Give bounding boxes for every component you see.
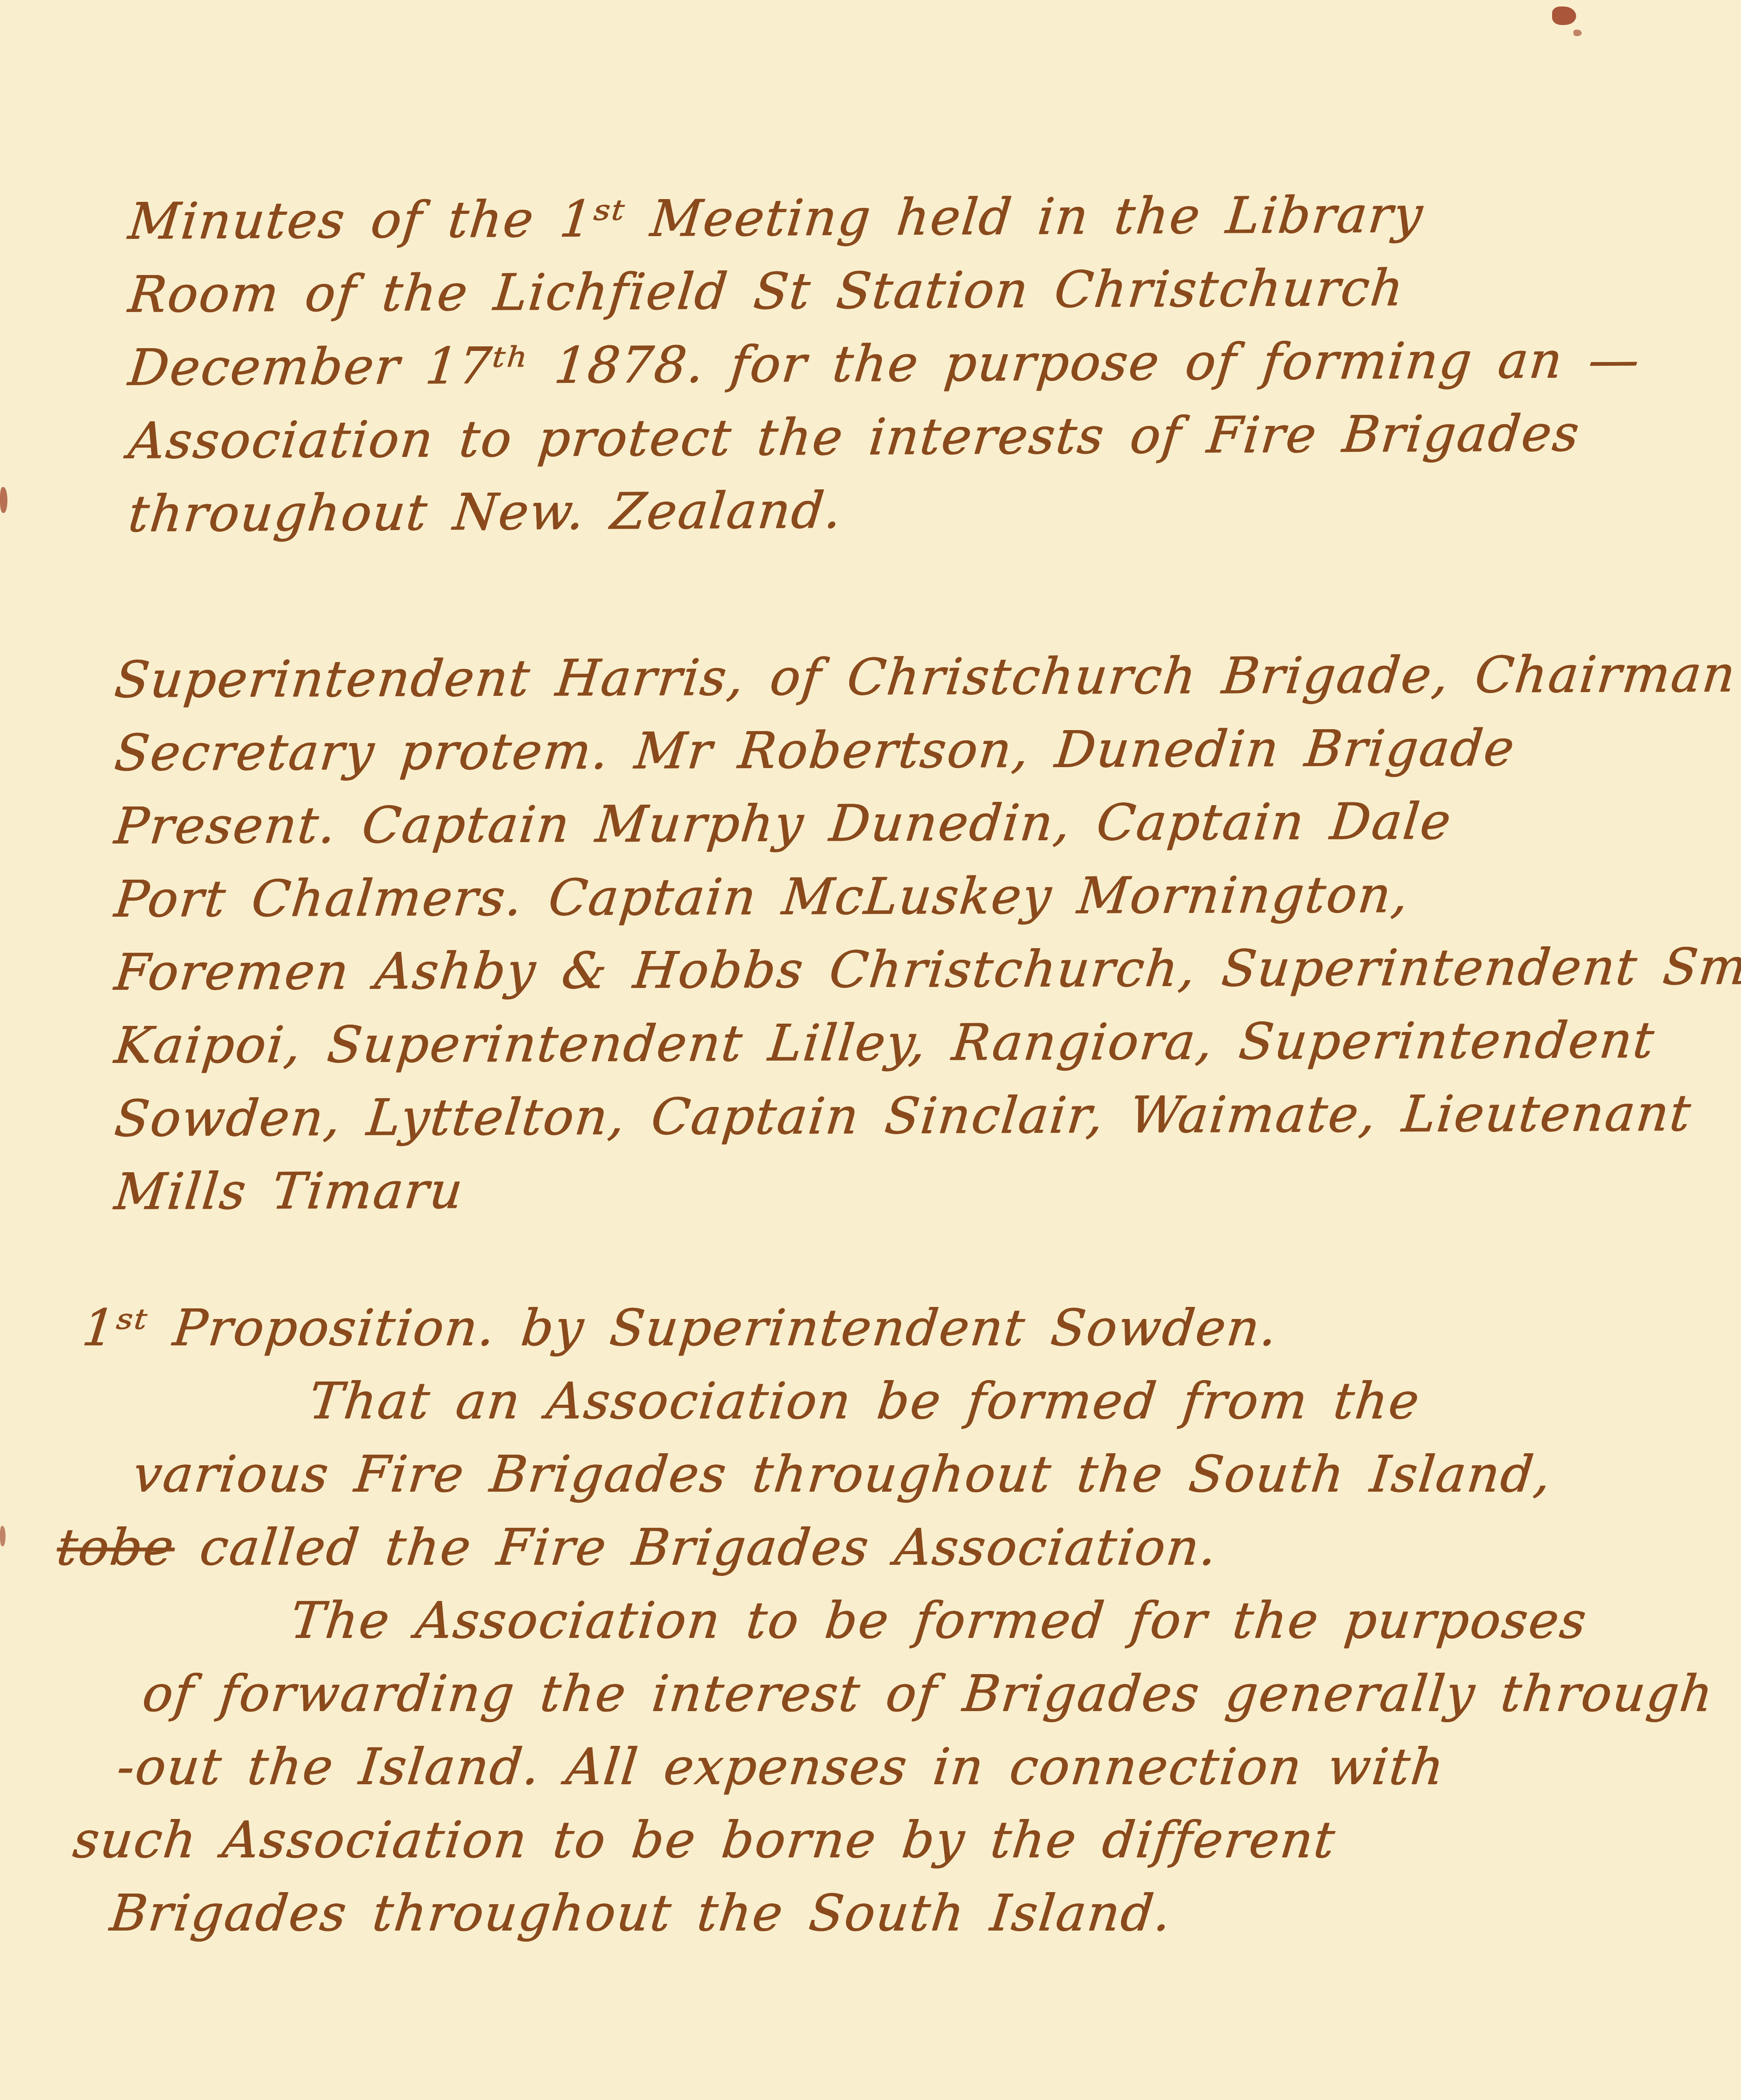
handwritten-line: Superintendent Harris, of Christchurch B… — [111, 638, 1741, 717]
proposition-paragraph: 1ˢᵗ Proposition. by Superintendent Sowde… — [0, 1292, 1741, 1950]
handwritten-line: Association to protect the interests of … — [125, 396, 1741, 478]
handwritten-line: Port Chalmers. Captain McLuskey Morningt… — [111, 857, 1741, 936]
handwritten-line: such Association to be borne by the diff… — [69, 1804, 1741, 1877]
handwritten-line: tobe called the Fire Brigades Associatio… — [53, 1511, 1741, 1584]
handwritten-line: throughout New. Zealand. — [125, 469, 1741, 551]
handwritten-line: The Association to be formed for the pur… — [287, 1584, 1741, 1657]
handwritten-line: various Fire Brigades throughout the Sou… — [130, 1438, 1741, 1511]
handwritten-line: That an Association be formed from the — [306, 1365, 1741, 1438]
handwritten-line: Kaipoi, Superintendent Lilley, Rangiora,… — [111, 1004, 1741, 1082]
handwritten-line: Secretary protem. Mr Robertson, Dunedin … — [111, 711, 1741, 790]
handwritten-line: Sowden, Lyttelton, Captain Sinclair, Wai… — [111, 1077, 1741, 1156]
handwritten-line: Foremen Ashby & Hobbs Christchurch, Supe… — [111, 931, 1741, 1009]
handwritten-line: of forwarding the interest of Brigades g… — [139, 1657, 1741, 1731]
opening-paragraph: Minutes of the 1ˢᵗ Meeting held in the L… — [0, 185, 1741, 551]
handwritten-line: Present. Captain Murphy Dunedin, Captain… — [111, 784, 1741, 863]
manuscript-page: Minutes of the 1ˢᵗ Meeting held in the L… — [0, 0, 1741, 2100]
handwritten-line: Brigades throughout the South Island. — [106, 1877, 1741, 1950]
handwritten-line: -out the Island. All expenses in connect… — [113, 1731, 1741, 1804]
handwritten-line: Mills Timaru — [111, 1150, 1741, 1229]
handwritten-line: Room of the Lichfield St Station Christc… — [125, 250, 1741, 331]
attendees-paragraph: Superintendent Harris, of Christchurch B… — [0, 644, 1741, 1229]
struck-out-word: tobe — [54, 1519, 178, 1576]
ink-speck — [1552, 6, 1576, 25]
handwritten-line: 1ˢᵗ Proposition. by Superintendent Sowde… — [79, 1292, 1741, 1365]
line-remainder: called the Fire Brigades Association. — [171, 1519, 1220, 1576]
handwritten-line: December 17ᵗʰ 1878. for the purpose of f… — [125, 323, 1741, 405]
handwritten-line: Minutes of the 1ˢᵗ Meeting held in the L… — [125, 177, 1741, 258]
ink-speck — [1573, 30, 1582, 36]
